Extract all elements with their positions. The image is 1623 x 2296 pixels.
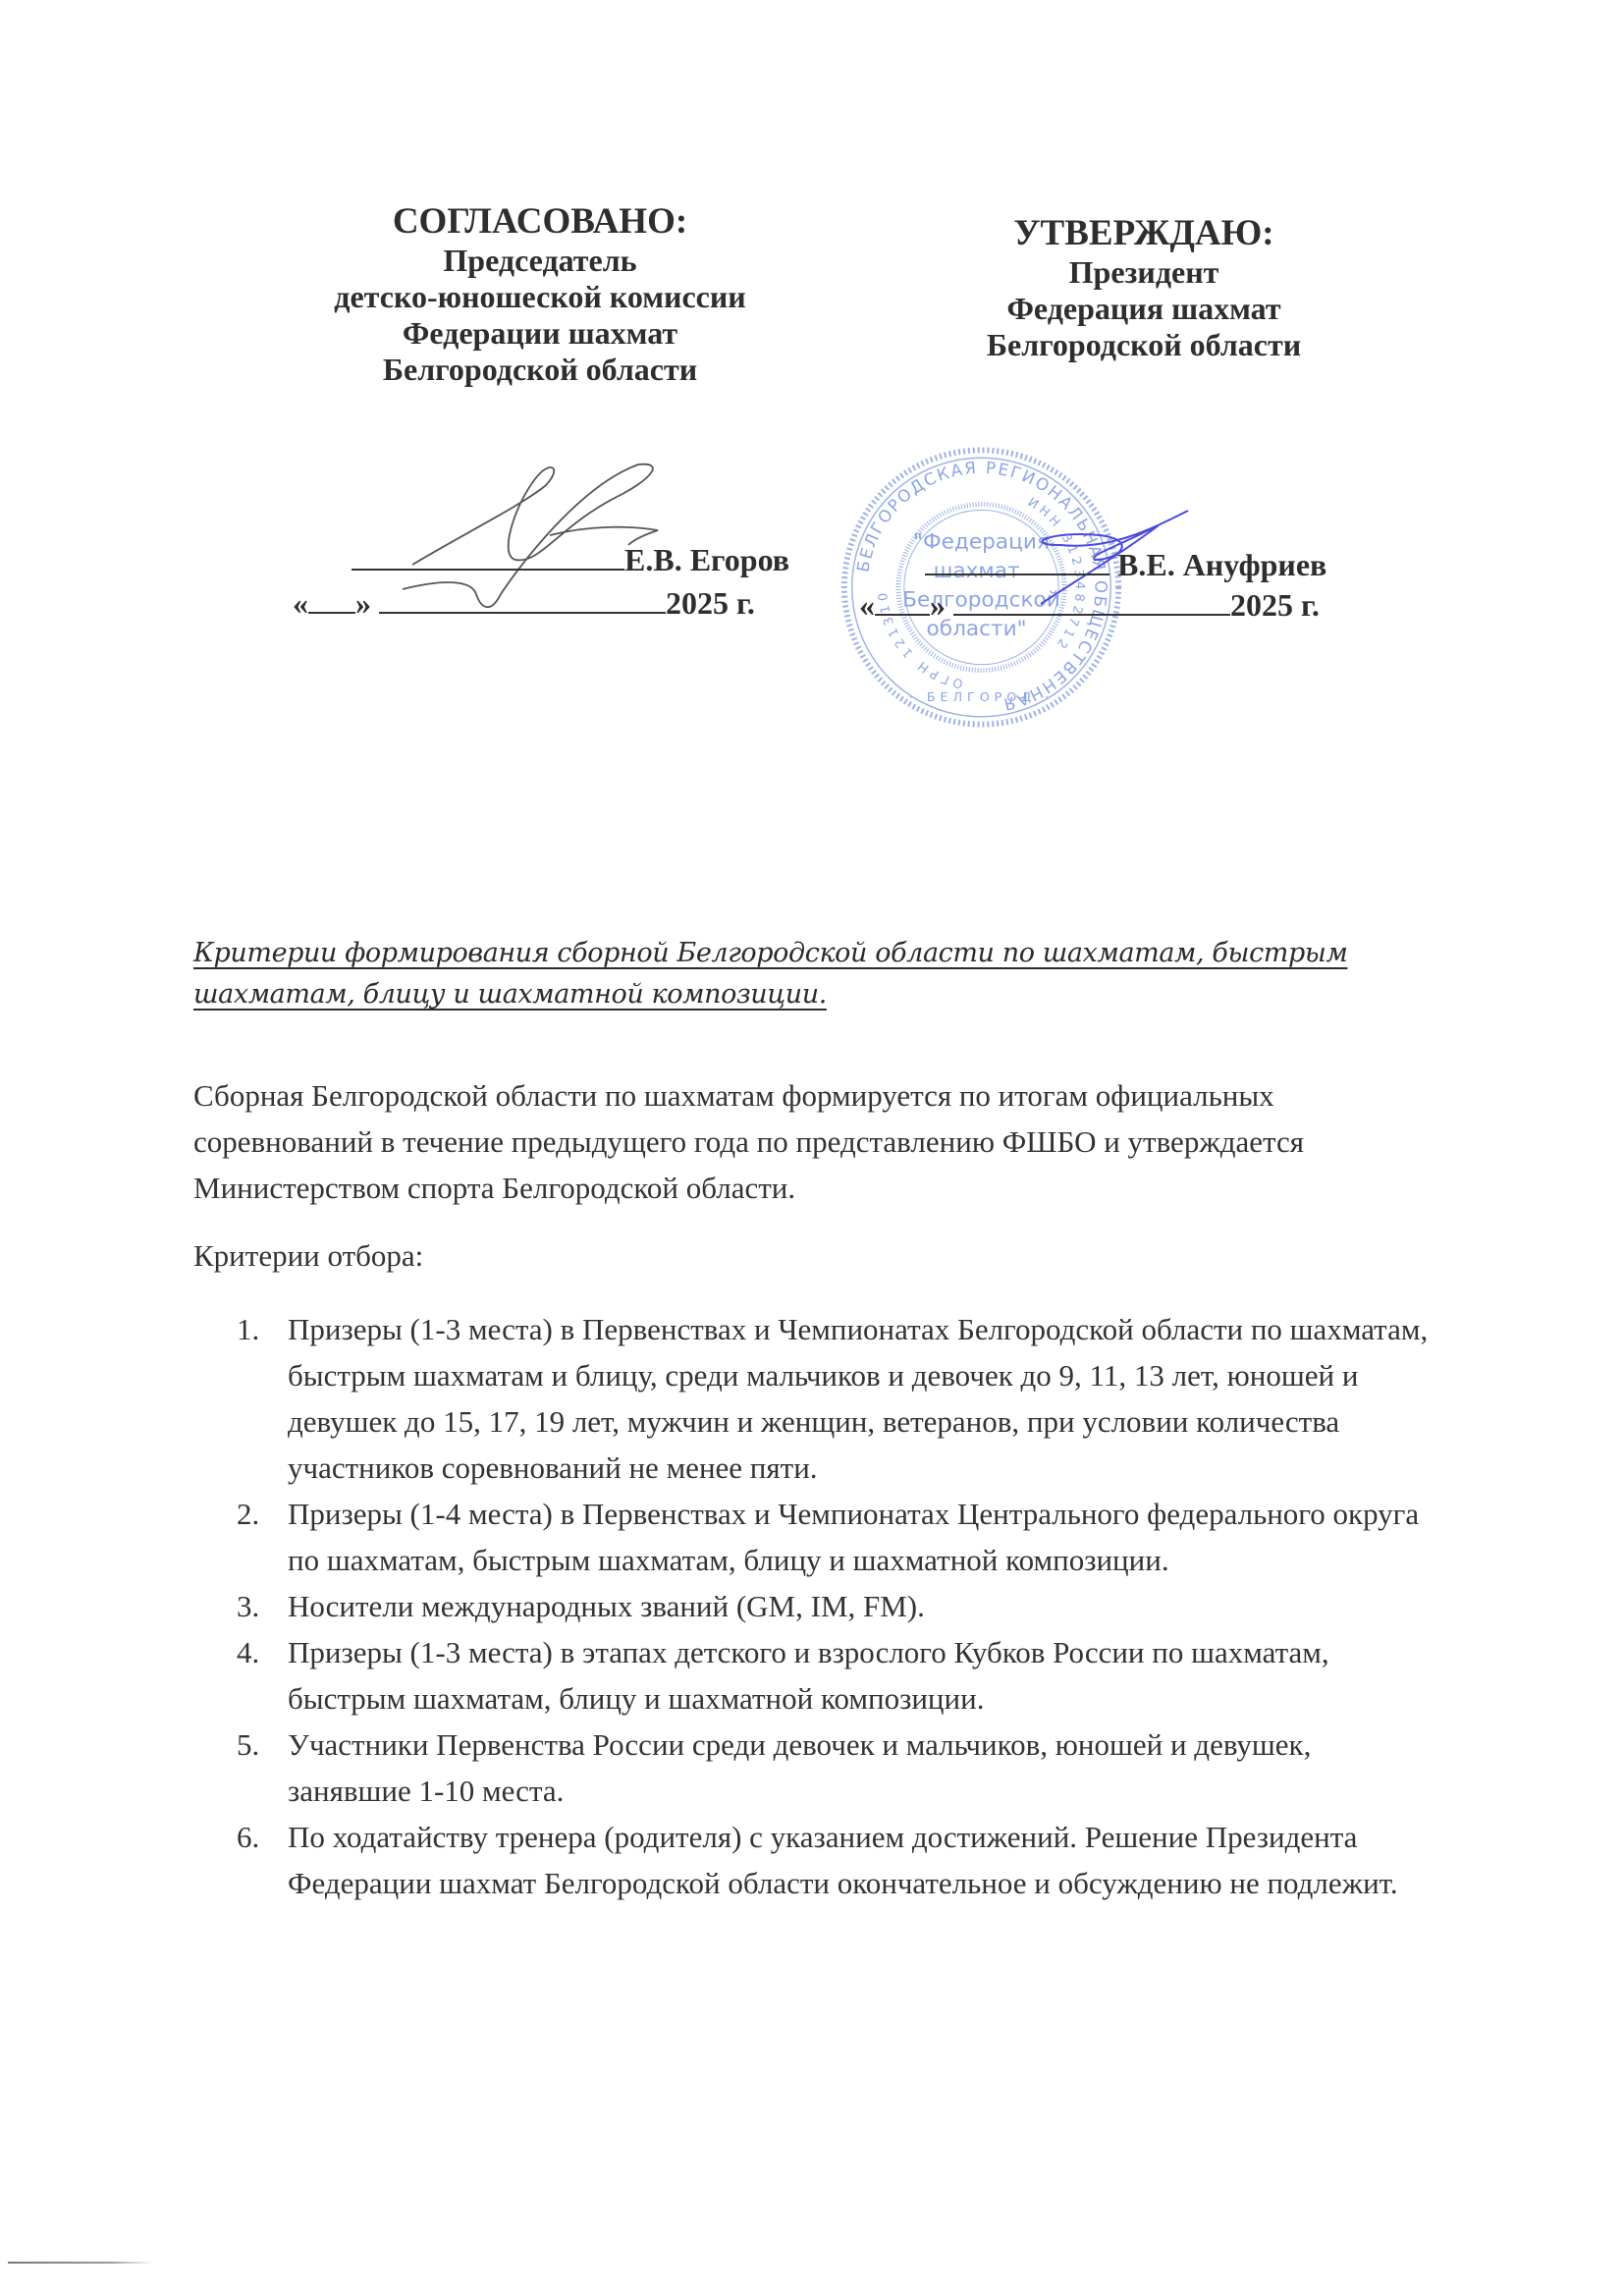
item-text: Участники Первенства России среди девоче…	[288, 1727, 1311, 1808]
criteria-list: 1.Призеры (1-3 места) в Первенствах и Че…	[193, 1306, 1431, 1906]
document-title: Критерии формирования сборной Белгородск…	[193, 933, 1421, 1015]
agreed-block: СОГЛАСОВАНО: Председатель детско-юношеск…	[285, 201, 795, 388]
date-close-quote: »	[930, 587, 946, 623]
item-number: 3.	[237, 1583, 259, 1629]
date-close-quote: »	[355, 585, 371, 621]
item-text: Призеры (1-3 места) в Первенствах и Чемп…	[288, 1312, 1428, 1485]
criteria-item: 1.Призеры (1-3 места) в Первенствах и Че…	[193, 1306, 1431, 1491]
approved-signature-row: В.Е. Ануфриев	[925, 547, 1326, 583]
agreed-line: детско-юношеской комиссии	[285, 279, 795, 315]
agreed-line: Председатель	[285, 243, 795, 279]
criteria-item: 4.Призеры (1-3 места) в этапах детского …	[193, 1629, 1431, 1722]
item-number: 6.	[237, 1814, 259, 1860]
signature-line	[925, 548, 1109, 575]
month-line	[379, 586, 666, 614]
day-line	[875, 588, 930, 616]
date-open-quote: «	[293, 585, 308, 621]
item-number: 2.	[237, 1491, 259, 1537]
approved-date-row: «» 2025 г.	[859, 587, 1320, 624]
criteria-item: 6.По ходатайству тренера (родителя) с ук…	[193, 1814, 1431, 1906]
item-number: 1.	[237, 1306, 259, 1352]
criteria-label: Критерии отбора:	[193, 1232, 1421, 1279]
criteria-item: 5.Участники Первенства России среди дево…	[193, 1722, 1431, 1814]
agreed-signer-name: Е.В. Егоров	[624, 542, 789, 577]
agreed-line: Федерации шахмат	[285, 315, 795, 352]
day-line	[308, 586, 355, 614]
item-text: Носители международных званий (GM, IM, F…	[288, 1589, 925, 1623]
footer-divider	[8, 2262, 153, 2264]
item-text: Призеры (1-4 места) в Первенствах и Чемп…	[288, 1497, 1419, 1577]
agreed-date-row: «» 2025 г.	[293, 585, 755, 622]
approved-line: Президент	[928, 254, 1360, 291]
approved-line: Федерация шахмат	[928, 291, 1360, 327]
agreed-year: 2025 г.	[666, 585, 755, 621]
item-number: 5.	[237, 1722, 259, 1768]
item-text: По ходатайству тренера (родителя) с указ…	[288, 1820, 1398, 1900]
svg-text:· БЕЛГОРОД ·: · БЕЛГОРОД ·	[909, 690, 1054, 705]
approved-heading: УТВЕРЖДАЮ:	[928, 213, 1360, 254]
intro-paragraph: Сборная Белгородской области по шахматам…	[193, 1072, 1421, 1211]
agreed-heading: СОГЛАСОВАНО:	[285, 201, 795, 243]
agreed-signature-row: Е.В. Егоров	[352, 542, 789, 578]
date-open-quote: «	[859, 587, 875, 623]
approved-year: 2025 г.	[1230, 587, 1320, 623]
approved-block: УТВЕРЖДАЮ: Президент Федерация шахмат Бе…	[928, 213, 1360, 363]
month-line	[953, 588, 1230, 616]
approved-signer-name: В.Е. Ануфриев	[1117, 547, 1326, 582]
item-number: 4.	[237, 1629, 259, 1675]
signature-line	[352, 543, 624, 571]
criteria-item: 2.Призеры (1-4 места) в Первенствах и Че…	[193, 1491, 1431, 1583]
criteria-item: 3.Носители международных званий (GM, IM,…	[193, 1583, 1431, 1629]
agreed-line: Белгородской области	[285, 352, 795, 388]
item-text: Призеры (1-3 места) в этапах детского и …	[288, 1635, 1329, 1716]
document-page: СОГЛАСОВАНО: Председатель детско-юношеск…	[0, 0, 1623, 2296]
approved-line: Белгородской области	[928, 327, 1360, 363]
